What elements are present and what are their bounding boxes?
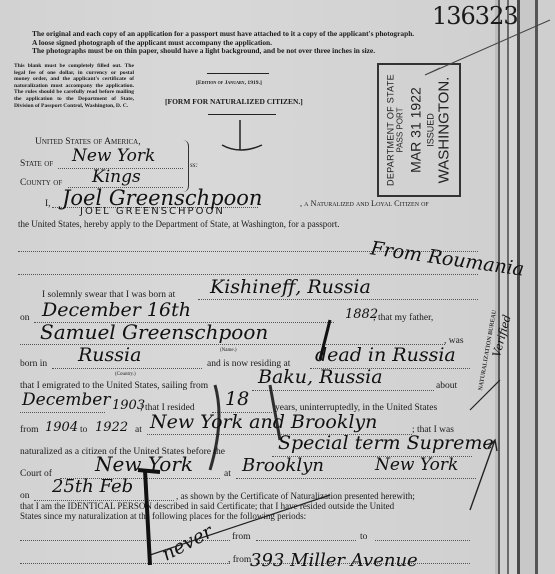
ink-marks [0, 0, 555, 574]
